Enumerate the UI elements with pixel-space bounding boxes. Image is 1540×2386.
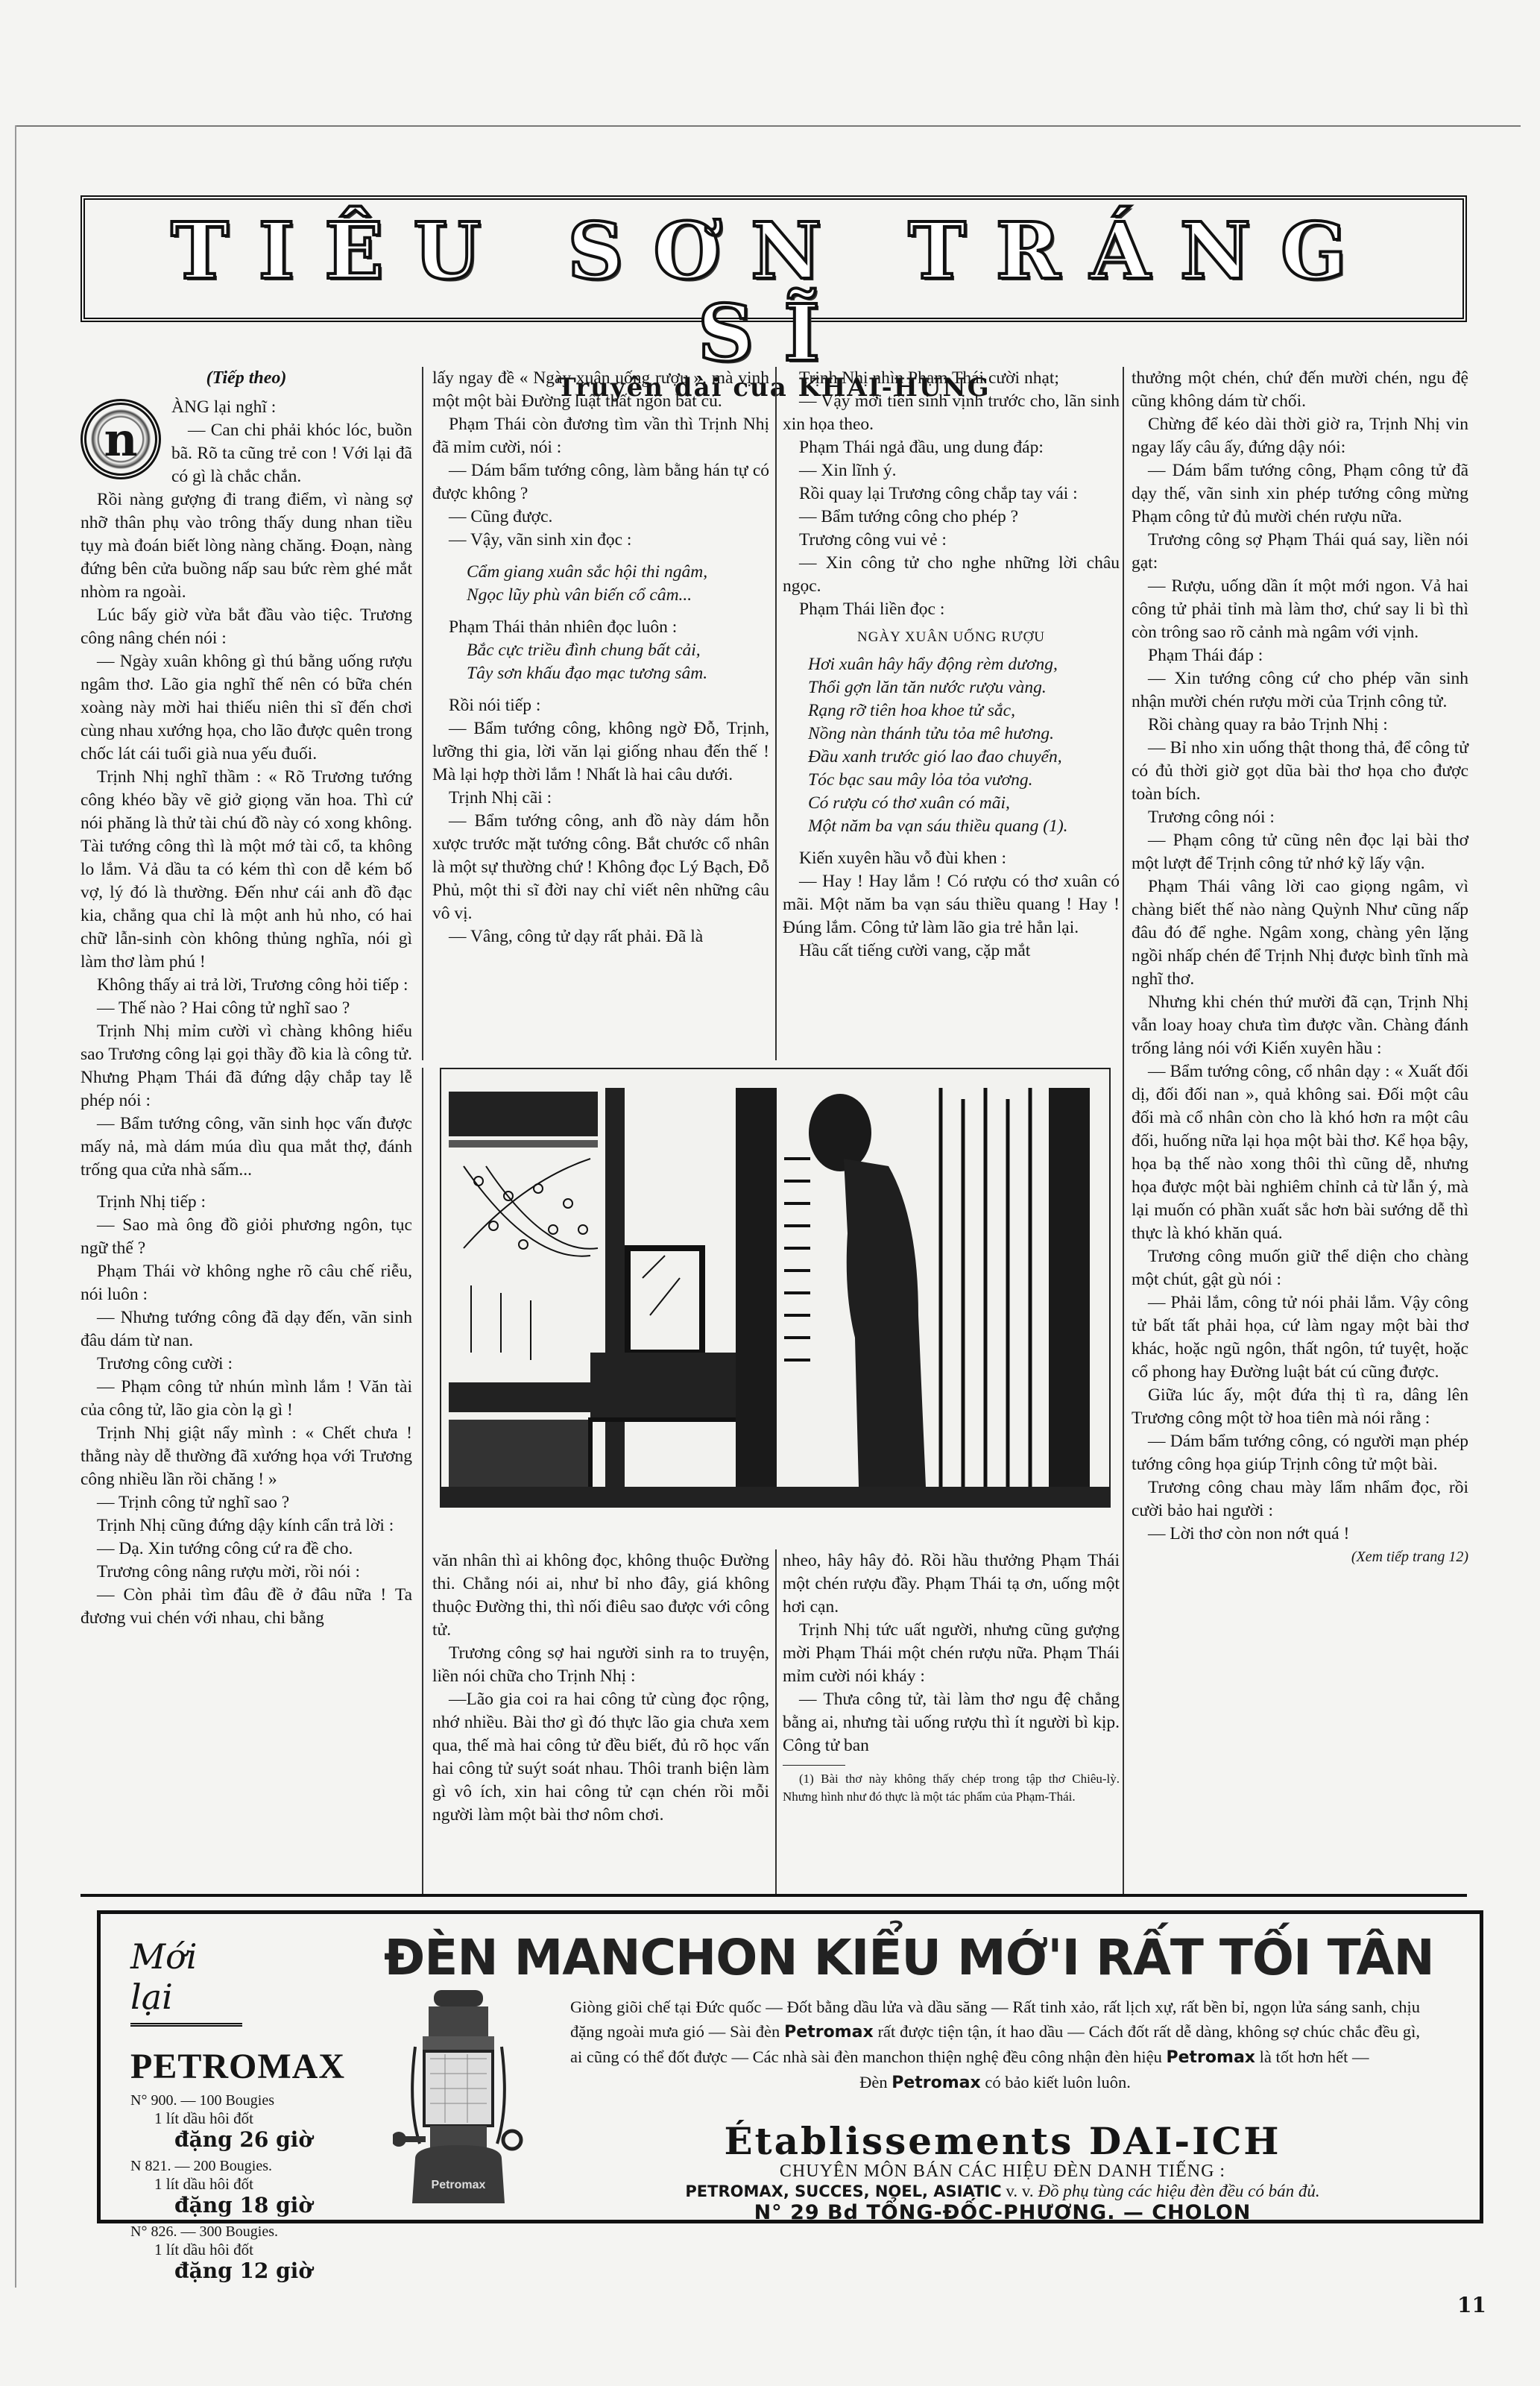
paragraph: — Hay ! Hay lắm ! Có rượu có thơ xuân có… — [783, 870, 1120, 939]
page-title: TIÊU SƠN TRÁNG SĨ — [85, 210, 1462, 374]
poem-line: Hơi xuân hây hẩy động rèm dương, — [783, 653, 1120, 676]
paragraph: Kiến xuyên hầu vỗ đùi khen : — [783, 847, 1120, 870]
paragraph: Phạm Thái liền đọc : — [783, 598, 1120, 621]
article-column-2: lấy ngay đề « Ngày xuân uống rượu », mà … — [432, 367, 769, 948]
paragraph: — Thế nào ? Hai công tử nghĩ sao ? — [81, 997, 412, 1020]
paragraph: Giữa lúc ấy, một đứa thị tì ra, dâng lên… — [1132, 1384, 1468, 1430]
paragraph: Trương công cười : — [81, 1353, 412, 1376]
paragraph: — Phạm công tử cũng nên đọc lại bài thơ … — [1132, 829, 1468, 875]
paragraph: Rồi nói tiếp : — [432, 694, 769, 717]
paragraph: lấy ngay đề « Ngày xuân uống rượu », mà … — [432, 367, 769, 413]
ad-model-list: Mới lại PETROMAX N° 900. — 100 Bougies 1… — [130, 1936, 317, 2284]
section-divider — [81, 1894, 1467, 1897]
article-column-1: (Tiếp theo) n ÀNG lại nghĩ : — Can chi p… — [81, 367, 412, 1630]
paragraph: — Xin công tử cho nghe những lời châu ng… — [783, 552, 1120, 598]
poem-line: Một năm ba vạn sáu thiều quang (1). — [783, 815, 1120, 838]
model-fuel: 1 lít dầu hôi đốt — [130, 2175, 317, 2193]
paragraph: — Ngày xuân không gì thú bằng uống rượu … — [81, 650, 412, 766]
page-number: 11 — [1457, 2293, 1486, 2317]
continued-on-page: (Xem tiếp trang 12) — [1132, 1546, 1468, 1569]
paragraph: Trương công sợ hai người sinh ra to truy… — [432, 1642, 769, 1688]
company-address: N° 29 Bd TỔNG-ĐỐC-PHƯƠNG. — CHOLON — [570, 2201, 1435, 2224]
ad-company-block: Établissements DAI-ICH CHUYÊN MÔN BÁN CÁ… — [570, 2121, 1435, 2224]
article-column-4: thưởng một chén, chứ đến mười chén, ngu … — [1132, 367, 1468, 1569]
lantern-icon: Petromax — [393, 1987, 524, 2211]
paragraph: Trịnh Nhị cãi : — [432, 787, 769, 810]
ad-model: N° 900. — 100 Bougies 1 lít dầu hôi đốt … — [130, 2091, 317, 2153]
paragraph: Trương công nâng rượu mời, rồi nói : — [81, 1561, 412, 1584]
article-column-3-continued: nheo, hây hây đỏ. Rồi hầu thưởng Phạm Th… — [783, 1549, 1120, 1806]
paragraph: Trịnh Nhị nhìn Phạm Thái cười nhạt; — [783, 367, 1120, 390]
company-name: Établissements DAI-ICH — [570, 2121, 1435, 2162]
company-specialty: CHUYÊN MÔN BÁN CÁC HIỆU ĐÈN DANH TIẾNG : — [570, 2162, 1435, 2182]
paragraph: Rồi nàng gượng đi trang điểm, vì nàng sợ… — [81, 488, 412, 604]
paragraph: Rồi chàng quay ra bảo Trịnh Nhị : — [1132, 714, 1468, 737]
paragraph: Phạm Thái còn đương tìm vần thì Trịnh Nh… — [432, 413, 769, 459]
poem-line: Tây sơn khấu đạo mạc tương sâm. — [432, 662, 769, 685]
ad-body: Giòng giõi chế tại Đức quốc — Đốt bằng d… — [570, 1995, 1420, 2095]
column-divider — [1123, 367, 1124, 1895]
column-divider — [775, 1549, 777, 1895]
footnote: (1) Bài thơ này không thấy chép trong tậ… — [783, 1770, 1120, 1806]
paragraph: — Bẩm tướng công cho phép ? — [783, 506, 1120, 529]
paragraph: — Bẩm tướng công, vãn sinh học vấn được … — [81, 1112, 412, 1182]
continued-label: (Tiếp theo) — [81, 367, 412, 390]
paragraph: — Rượu, uống dần ít một mới ngon. Vả hai… — [1132, 575, 1468, 644]
article-column-3: Trịnh Nhị nhìn Phạm Thái cười nhạt; — Vậ… — [783, 367, 1120, 963]
title-banner: TIÊU SƠN TRÁNG SĨ Truyên dài cua KHAI-HU… — [81, 195, 1467, 322]
paragraph: Trịnh Nhị mỉm cười vì chàng không hiểu s… — [81, 1020, 412, 1112]
column-divider — [422, 367, 423, 1060]
dropcap: n — [81, 399, 164, 482]
paragraph: — Xin tướng công cứ cho phép vãn sinh nh… — [1132, 667, 1468, 714]
poem-line: Tóc bạc sau mây lỏa tỏa vương. — [783, 769, 1120, 792]
paragraph: Trương công vui vẻ : — [783, 529, 1120, 552]
paragraph: Không thấy ai trả lời, Trương công hỏi t… — [81, 974, 412, 997]
paragraph: Phạm Thái thản nhiên đọc luôn : — [432, 616, 769, 639]
paragraph: — Dám bẩm tướng công, làm bằng hán tự có… — [432, 459, 769, 506]
column-divider — [422, 1068, 423, 1895]
model-number: N° 900. — 100 Bougies — [130, 2091, 317, 2109]
poem-line: Bắc cực triều đình chung bất cải, — [432, 639, 769, 662]
model-hours: đặng 26 giờ — [130, 2127, 317, 2153]
paragraph: Trịnh Nhị tức uất người, nhưng cũng gượn… — [783, 1619, 1120, 1688]
paragraph: Trương công nói : — [1132, 806, 1468, 829]
paragraph: Phạm Thái vâng lời cao giọng ngâm, vì ch… — [1132, 875, 1468, 991]
paragraph: —Lão gia coi ra hai công tử cùng đọc rộn… — [432, 1688, 769, 1827]
poem-line: Nồng nàn thánh tửu tỏa mê hương. — [783, 723, 1120, 746]
model-number: N 821. — 200 Bougies. — [130, 2157, 317, 2175]
paragraph: Phạm Thái đáp : — [1132, 644, 1468, 667]
paragraph: Trương công muốn giữ thể diện cho chàng … — [1132, 1245, 1468, 1291]
svg-text:Petromax: Petromax — [432, 2179, 486, 2191]
page-edge — [15, 125, 1521, 127]
poem-line: Rạng rỡ tiên hoa khoe tử sắc, — [783, 699, 1120, 723]
footnote-divider — [783, 1765, 845, 1766]
paragraph: Hầu cất tiếng cười vang, cặp mắt — [783, 939, 1120, 963]
paragraph: Phạm Thái ngả đầu, ung dung đáp: — [783, 436, 1120, 459]
model-fuel: 1 lít dầu hôi đốt — [130, 2241, 317, 2258]
paragraph: — Bỉ nho xin uống thật thong thả, để côn… — [1132, 737, 1468, 806]
article-column-2-continued: văn nhân thì ai không đọc, không thuộc Đ… — [432, 1549, 769, 1827]
ad-model: N 821. — 200 Bougies. 1 lít dầu hôi đốt … — [130, 2157, 317, 2218]
paragraph: Trịnh Nhị tiếp : — [81, 1191, 412, 1214]
paragraph: — Bẩm tướng công, cổ nhân dạy : « Xuất đ… — [1132, 1060, 1468, 1245]
ad-headline: ĐÈN MANCHON KIỂU MỚ'I RẤT TỐI TÂN — [384, 1929, 1450, 1986]
poem-line: Đầu xanh trước gió lao đao chuyển, — [783, 746, 1120, 769]
woman-behind-curtain-illustration — [441, 1069, 1111, 1508]
paragraph: — Xin lĩnh ý. — [783, 459, 1120, 482]
paragraph: — Dạ. Xin tướng công cứ ra đề cho. — [81, 1537, 412, 1561]
ad-kicker: Mới lại — [130, 1936, 242, 2027]
dropcap-letter: n — [81, 399, 161, 479]
paragraph: — Nhưng tướng công đã dạy đến, vãn sinh … — [81, 1306, 412, 1353]
page-edge — [15, 125, 16, 2288]
model-hours: đặng 18 giờ — [130, 2193, 317, 2218]
model-fuel: 1 lít dầu hôi đốt — [130, 2109, 317, 2127]
woodcut-illustration — [440, 1068, 1111, 1508]
paragraph: Nhưng khi chén thứ mười đã cạn, Trịnh Nh… — [1132, 991, 1468, 1060]
paragraph: văn nhân thì ai không đọc, không thuộc Đ… — [432, 1549, 769, 1642]
paragraph: — Dám bẩm tướng công, có người mạn phép … — [1132, 1430, 1468, 1476]
paragraph: Trịnh Nhị nghĩ thầm : « Rõ Trương tướng … — [81, 766, 412, 974]
paragraph: Rồi quay lại Trương công chắp tay vái : — [783, 482, 1120, 506]
paragraph: — Vậy mời tiên sinh vịnh trước cho, lãn … — [783, 390, 1120, 436]
model-hours: đặng 12 giờ — [130, 2258, 317, 2284]
ad-brand: PETROMAX — [130, 2046, 317, 2087]
paragraph: — Phạm công tử nhún mình lắm ! Văn tài c… — [81, 1376, 412, 1422]
petromax-advertisement: Mới lại PETROMAX N° 900. — 100 Bougies 1… — [97, 1910, 1483, 2223]
model-number: N° 826. — 300 Bougies. — [130, 2223, 317, 2241]
paragraph: Trịnh Nhị cũng đứng dậy kính cẩn trả lời… — [81, 1514, 412, 1537]
paragraph: — Sao mà ông đồ giỏi phương ngôn, tục ng… — [81, 1214, 412, 1260]
paragraph: Chừng để kéo dài thời giờ ra, Trịnh Nhị … — [1132, 413, 1468, 459]
paragraph: — Thưa công tử, tài làm thơ ngu đệ chẳng… — [783, 1688, 1120, 1757]
paragraph: nheo, hây hây đỏ. Rồi hầu thưởng Phạm Th… — [783, 1549, 1120, 1619]
paragraph: — Cũng được. — [432, 506, 769, 529]
paragraph: — Bẩm tướng công, anh đồ này dám hỗn xượ… — [432, 810, 769, 925]
paragraph: Trương công chau mày lẩm nhẩm đọc, rồi c… — [1132, 1476, 1468, 1523]
poem-line: Ngọc lũy phù vân biến cổ câm... — [432, 584, 769, 607]
paragraph: thưởng một chén, chứ đến mười chén, ngu … — [1132, 367, 1468, 413]
ad-model: N° 826. — 300 Bougies. 1 lít dầu hôi đốt… — [130, 2223, 317, 2284]
paragraph: — Còn phải tìm đâu đề ở đâu nữa ! Ta đươ… — [81, 1584, 412, 1630]
paragraph: — Dám bẩm tướng công, Phạm công tử đã dạ… — [1132, 459, 1468, 529]
ad-guarantee: Đèn Petromax có bảo kiết luôn luôn. — [570, 2070, 1420, 2095]
paragraph: — Phải lắm, công tử nói phải lắm. Vậy cô… — [1132, 1291, 1468, 1384]
paragraph: Trương công sợ Phạm Thái quá say, liền n… — [1132, 529, 1468, 575]
column-divider — [775, 367, 777, 1060]
poem-line: Cẩm giang xuân sắc hội thi ngâm, — [432, 561, 769, 584]
paragraph: — Vâng, công tử dạy rất phải. Đã là — [432, 925, 769, 948]
paragraph: Phạm Thái vờ không nghe rõ câu chế riễu,… — [81, 1260, 412, 1306]
poem-line: Thổi gợn lăn tăn nước rượu vàng. — [783, 676, 1120, 699]
company-brands: PETROMAX, SUCCES, NOEL, ASIATIC v. v. Đồ… — [570, 2182, 1435, 2201]
paragraph: — Bẩm tướng công, không ngờ Đỗ, Trịnh, l… — [432, 717, 769, 787]
paragraph: — Lời thơ còn non nớt quá ! — [1132, 1523, 1468, 1546]
paragraph: — Vậy, vãn sinh xin đọc : — [432, 529, 769, 552]
poem-line: Có rượu có thơ xuân có mãi, — [783, 792, 1120, 815]
paragraph: Trịnh Nhị giật nẩy mình : « Chết chưa ! … — [81, 1422, 412, 1491]
poem-title: NGÀY XUÂN UỐNG RƯỢU — [783, 626, 1120, 649]
paragraph: Lúc bấy giờ vừa bắt đầu vào tiệc. Trương… — [81, 604, 412, 650]
paragraph: — Trịnh công tử nghĩ sao ? — [81, 1491, 412, 1514]
